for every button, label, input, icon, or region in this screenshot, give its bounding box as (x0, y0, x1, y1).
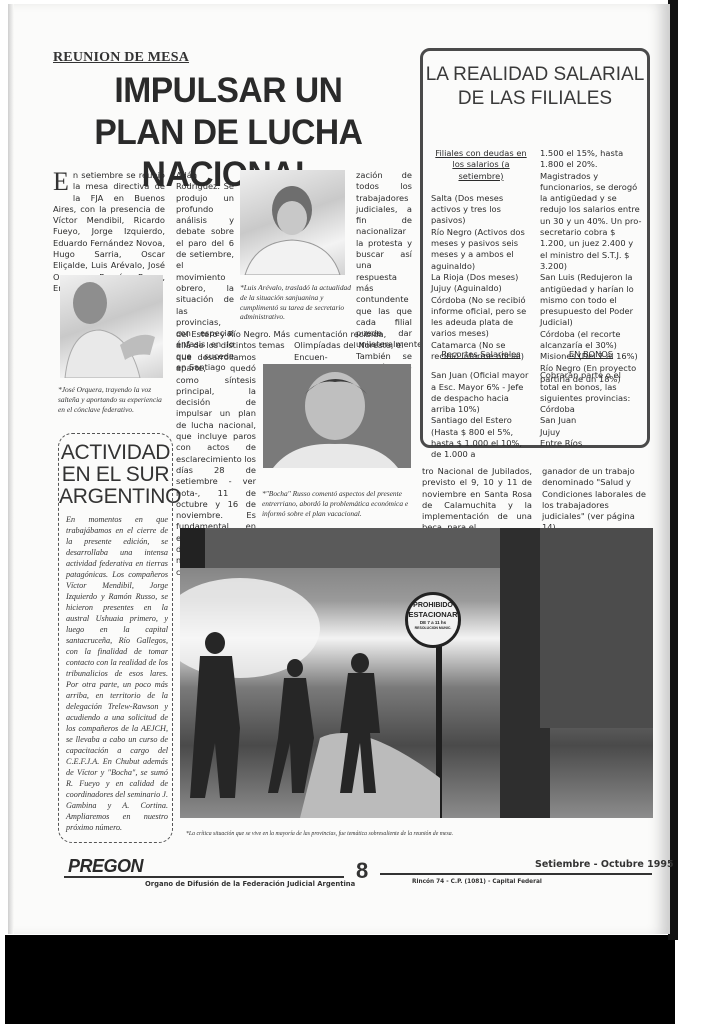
photo-russo (263, 364, 411, 468)
drop-cap: E (53, 171, 69, 193)
caption-russo: *"Bocha" Russo comentó aspectos del pres… (262, 489, 417, 518)
debt-item: Jujuy (Aguinaldo) (431, 283, 531, 294)
page-number: 8 (356, 858, 368, 884)
article-bottom-col2: ganador de un trabajo denominado "Salud … (542, 466, 652, 534)
salary-reality-box: LA REALIDAD SALARIAL DE LAS FILIALES Fil… (420, 48, 650, 448)
scan-background (5, 935, 675, 1024)
cut-item: 1.500 el 15%, hasta 1.800 el 20%. Magist… (540, 148, 642, 272)
cuts-heading: Recortes Salariales (431, 349, 531, 360)
cut-item: San Juan (Oficial mayor a Esc. Mayor 6% … (431, 370, 531, 415)
debt-item: Río Negro (Activos dos meses y pasivos s… (431, 227, 531, 272)
debt-item: Córdoba (No se recibió informe oficial, … (431, 295, 531, 340)
bond-province: Jujuy (540, 427, 642, 438)
bond-province: Entre Ríos (540, 438, 642, 449)
issue-date: Setiembre - Octubre 1995 (535, 859, 674, 870)
pregon-logo: PREGON (68, 856, 143, 877)
sign-line1: PROHIBIDO (408, 601, 458, 610)
photo-arevalo (240, 170, 345, 275)
cut-item: San Luis (Redujeron la antigüedad y harí… (540, 272, 642, 328)
debt-item: La Rioja (Dos meses) (431, 272, 531, 283)
cut-item: Córdoba (el recorte alcanzaría el 30%) (540, 329, 642, 352)
bond-province: San Juan (540, 415, 642, 426)
cut-item: Santiago del Estero (Hasta $ 800 el 5%, … (431, 415, 531, 460)
debts-heading: Filiales con deudas en los salarios (a s… (431, 148, 531, 182)
caption-orquera: *José Orquera, trayendo la voz salteña y… (58, 385, 168, 414)
article-col2-wide: del Estero y Río Negro. Más allá de los … (176, 329, 291, 352)
no-parking-sign: PROHIBIDO ESTACIONAR DE 7 a 11 hs RESOLU… (405, 592, 461, 648)
photo-protest (180, 528, 653, 818)
protest-scene-icon (180, 528, 653, 818)
logo-text: PREGON (68, 856, 143, 876)
article-bottom-col1: tro Nacional de Jubilados, previsto el 9… (422, 466, 532, 534)
section-kicker: REUNION DE MESA (53, 50, 189, 66)
caption-main-photo: *La crítica situación que se vive en la … (186, 830, 656, 840)
bond-province: Córdoba (540, 404, 642, 415)
footer-address: Rincón 74 - C.P. (1081) - Capital Federa… (412, 879, 542, 885)
portrait-icon (263, 364, 411, 468)
salary-box-title: LA REALIDAD SALARIAL DE LAS FILIALES (423, 63, 647, 111)
south-box-title: ACTIVIDAD EN EL SUR ARGENTINO (59, 442, 172, 508)
caption-arevalo: *Luis Arévalo, trasladó la actualidad de… (240, 283, 352, 322)
debt-item: Salta (Dos meses activos y tres los pasi… (431, 193, 531, 227)
bonds-heading: EN BONOS (540, 349, 642, 360)
bonds-intro: Cobrarán parte o el total en bonos, las … (540, 370, 642, 404)
page-shadow (8, 4, 14, 934)
bonds-column: EN BONOS Cobrarán parte o el total en bo… (540, 349, 642, 449)
sign-line2: ESTACIONAR (408, 610, 458, 620)
photo-orquera (60, 275, 163, 378)
sign-line4: RESOLUCION MUNIC. (408, 626, 458, 631)
debts-column: Filiales con deudas en los salarios (a s… (431, 148, 531, 362)
cuts-column: Recortes Salariales San Juan (Oficial ma… (431, 349, 531, 461)
south-activity-box: ACTIVIDAD EN EL SUR ARGENTINO En momento… (58, 433, 173, 843)
footer-rule-right (380, 873, 652, 875)
footer-rule-left (64, 876, 344, 878)
portrait-icon (240, 170, 345, 275)
portrait-icon (60, 275, 163, 378)
south-box-text: En momentos en que trabajábamos en el ci… (66, 514, 168, 833)
footer-tagline: Organo de Difusión de la Federación Judi… (145, 880, 355, 888)
article-col3-wide: cumentación recibida, Olimpíadas del Nor… (294, 329, 414, 363)
